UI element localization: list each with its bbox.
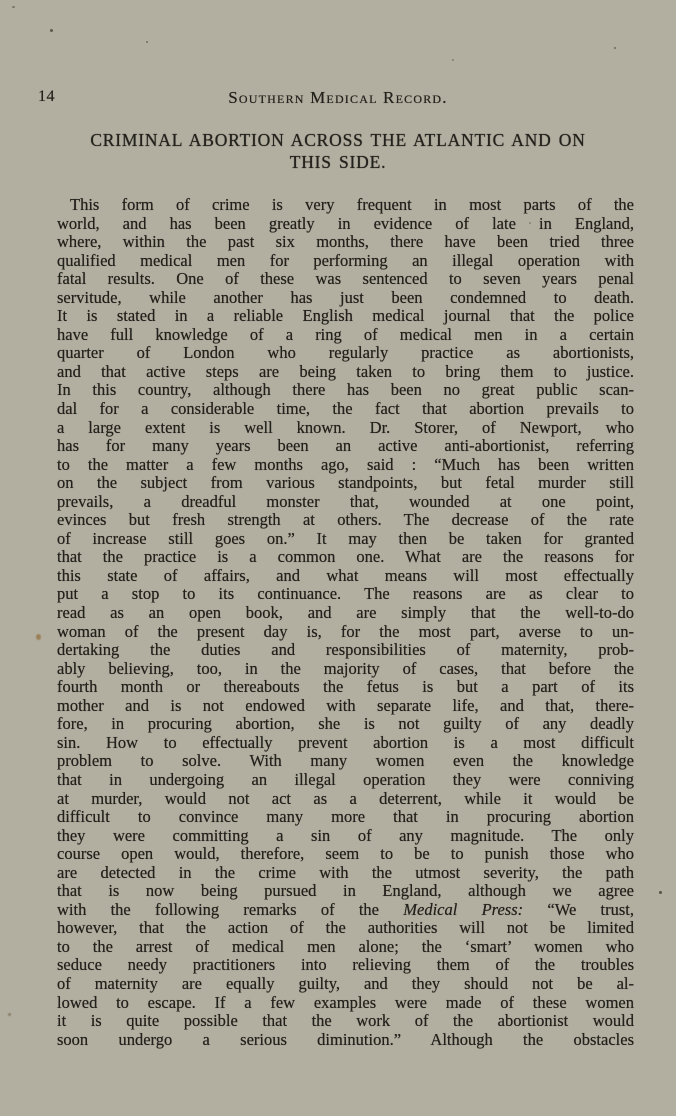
body-line: to the matter a few months ago, said : “… — [57, 456, 634, 475]
body-line: it is quite possible that the work of th… — [57, 1012, 634, 1031]
paper-speck — [614, 47, 616, 49]
body-line: of increase still goes on.” It may then … — [57, 530, 634, 549]
body-line: problem to solve. With many women even t… — [57, 752, 634, 771]
body-line: sin. How to effectually prevent abortion… — [57, 734, 634, 753]
body-line: on the subject from various standpoints,… — [57, 474, 634, 493]
body-line: have full knowledge of a ring of medical… — [57, 326, 634, 345]
paper-foxing-spot — [36, 634, 41, 640]
body-line: has for many years been an active anti-a… — [57, 437, 634, 456]
page-header: 14 Southern Medical Record. — [0, 88, 676, 110]
article-title: CRIMINAL ABORTION ACROSS THE ATLANTIC AN… — [38, 129, 638, 173]
body-line: servitude, while another has just been c… — [57, 289, 634, 308]
body-line: that is now being pursued in England, al… — [57, 882, 634, 901]
journal-header: Southern Medical Record. — [0, 88, 676, 108]
body-line: fourth month or thereabouts the fetus is… — [57, 678, 634, 697]
body-line: this state of affairs, and what means wi… — [57, 567, 634, 586]
body-line: mother and is not endowed with separate … — [57, 697, 634, 716]
body-line: with the following remarks of the Medica… — [57, 901, 634, 920]
body-line: lowed to escape. If a few examples were … — [57, 994, 634, 1013]
body-line: at murder, would not act as a deterrent,… — [57, 790, 634, 809]
body-line: prevails, a dreadful monster that, wound… — [57, 493, 634, 512]
body-line: difficult to convince many more that in … — [57, 808, 634, 827]
body-line: to the arrest of medical men alone; the … — [57, 938, 634, 957]
body-line: they were committing a sin of any magnit… — [57, 827, 634, 846]
paper-speck — [50, 29, 53, 32]
page-number: 14 — [38, 88, 55, 106]
body-line: world, and has been greatly in evidence … — [57, 215, 634, 234]
body-line: This form of crime is very frequent in m… — [57, 196, 634, 215]
paper-speck — [452, 59, 454, 61]
body-line: seduce needy practitioners into relievin… — [57, 956, 634, 975]
body-line: quarter of London who regularly practice… — [57, 344, 634, 363]
paper-speck — [8, 1013, 11, 1016]
body-line: fore, in procuring abortion, she is not … — [57, 715, 634, 734]
body-line: It is stated in a reliable English medic… — [57, 307, 634, 326]
body-line: are detected in the crime with the utmos… — [57, 864, 634, 883]
body-line: however, that the action of the authorit… — [57, 919, 634, 938]
body-line: dertaking the duties and responsibilitie… — [57, 641, 634, 660]
body-line: soon undergo a serious diminution.” Alth… — [57, 1031, 634, 1050]
article-title-line-2: THIS SIDE. — [38, 151, 638, 173]
body-line: of maternity are equally guilty, and the… — [57, 975, 634, 994]
body-line: and that active steps are being taken to… — [57, 363, 634, 382]
body-line: that in undergoing an illegal operation … — [57, 771, 634, 790]
body-line: that the practice is a common one. What … — [57, 548, 634, 567]
body-line: read as an open book, and are simply tha… — [57, 604, 634, 623]
body-line: a large extent is well known. Dr. Storer… — [57, 419, 634, 438]
body-line: evinces but fresh strength at others. Th… — [57, 511, 634, 530]
paper-speck — [12, 6, 15, 8]
body-line: ably believing, too, in the majority of … — [57, 660, 634, 679]
body-line: woman of the present day is, for the mos… — [57, 623, 634, 642]
body-line: course open would, therefore, seem to be… — [57, 845, 634, 864]
article-title-line-1: CRIMINAL ABORTION ACROSS THE ATLANTIC AN… — [38, 129, 638, 151]
body-line: dal for a considerable time, the fact th… — [57, 400, 634, 419]
body-line: qualified medical men for performing an … — [57, 252, 634, 271]
paper-speck — [146, 41, 148, 43]
article-body: This form of crime is very frequent in m… — [57, 196, 634, 1049]
body-line: put a stop to its continuance. The reaso… — [57, 585, 634, 604]
body-line: where, within the past six months, there… — [57, 233, 634, 252]
paper-speck — [659, 891, 662, 894]
body-line: fatal results. One of these was sentence… — [57, 270, 634, 289]
scanned-page: 14 Southern Medical Record. CRIMINAL ABO… — [0, 0, 676, 1116]
body-line: In this country, although there has been… — [57, 381, 634, 400]
